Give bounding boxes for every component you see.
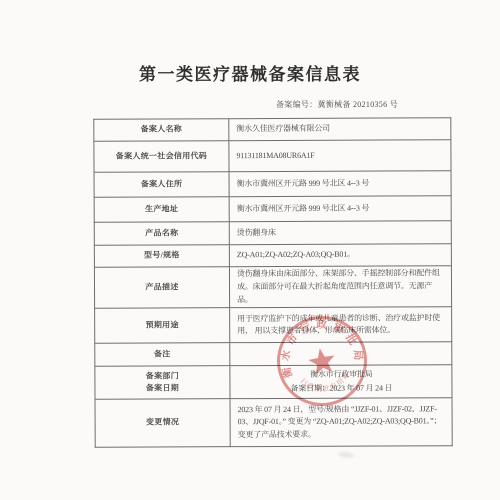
row-label: 产品名称 [94, 222, 229, 246]
row-label-line2: 备案日期 [115, 383, 209, 396]
row-label: 备注 [95, 343, 230, 367]
row-value: 用于医疗监护下的成年或儿童患者的诊断、治疗或监护时使用， 用以支撑患者身体，形成… [230, 307, 452, 343]
table-row: 备案人统一社会信用代码 91131181MA08UR6A1F [94, 140, 451, 173]
scan-smudge [338, 451, 355, 459]
table-row: 备案人住所 衡水市冀州区开元路 999 号北区 4--3 号 [94, 171, 451, 198]
row-value: 2023 年 07 月 24 日，型号/规格由 “JJZF-01、JJZF-02… [230, 398, 452, 447]
row-value: 烫伤翻身床 [229, 221, 451, 245]
row-label: 变更情况 [95, 399, 230, 448]
row-value: 衡水久佳医疗器械有限公司 [229, 118, 451, 141]
row-value: 衡水市冀州区开元路 999 号北区 4--3 号 [229, 196, 451, 222]
table-row: 产品名称 烫伤翻身床 [94, 221, 451, 246]
row-label: 型号/规格 [94, 245, 229, 268]
row-label: 备案人住所 [94, 172, 229, 198]
filing-date: 备案日期：2023 年 07 月 24 日 [237, 382, 445, 397]
page-title: 第一类医疗器械备案信息表 [0, 60, 500, 85]
table-row: 备案部门 备案日期 衡水市行政审批局 备案日期：2023 年 07 月 24 日 [95, 365, 452, 400]
row-label: 备案部门 备案日期 [95, 366, 230, 400]
row-label-line1: 备案部门 [115, 370, 209, 383]
row-value [230, 342, 452, 366]
table-row: 备注 [95, 342, 452, 367]
row-label: 备案人统一社会信用代码 [94, 141, 229, 173]
filing-department: 衡水市行政审批局 [237, 367, 445, 382]
row-value: 烫伤翻身床由床面部分、床架部分、手摇控制部分和配件组成。床面部分可在最大折起角度… [229, 266, 451, 308]
row-label: 生产地址 [94, 197, 229, 223]
table-row: 备案人名称 衡水久佳医疗器械有限公司 [94, 118, 451, 142]
row-value: ZQ-A01;ZQ-A02;ZQ-A03;QQ-B01。 [229, 244, 451, 267]
filing-number: 备案编号：冀衡械备 20210356 号 [276, 99, 398, 110]
row-value: 91131181MA08UR6A1F [229, 140, 451, 172]
filing-info-table: 备案人名称 衡水久佳医疗器械有限公司 备案人统一社会信用代码 91131181M… [93, 117, 452, 448]
document-page: 第一类医疗器械备案信息表 备案编号：冀衡械备 20210356 号 备案人名称 … [0, 0, 500, 500]
table-row: 预期用途 用于医疗监护下的成年或儿童患者的诊断、治疗或监护时使用， 用以支撑患者… [95, 307, 452, 344]
row-label: 产品描述 [94, 267, 229, 309]
row-label: 备案人名称 [94, 119, 229, 142]
row-value: 衡水市行政审批局 备案日期：2023 年 07 月 24 日 [230, 365, 452, 399]
table-row: 变更情况 2023 年 07 月 24 日，型号/规格由 “JJZF-01、JJ… [95, 398, 452, 448]
table-row: 生产地址 衡水市冀州区开元路 999 号北区 4--3 号 [94, 196, 451, 223]
table-row: 型号/规格 ZQ-A01;ZQ-A02;ZQ-A03;QQ-B01。 [94, 244, 451, 268]
row-value: 衡水市冀州区开元路 999 号北区 4--3 号 [229, 171, 451, 197]
table-row: 产品描述 烫伤翻身床由床面部分、床架部分、手摇控制部分和配件组成。床面部分可在最… [94, 266, 451, 309]
row-label: 预期用途 [95, 308, 230, 344]
